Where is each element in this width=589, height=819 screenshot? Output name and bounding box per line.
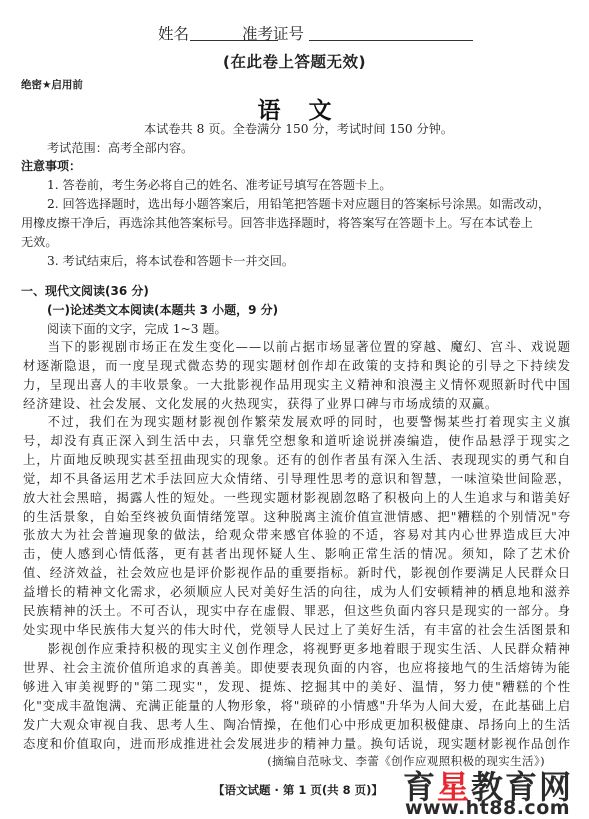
passage-paragraph-2: 不过，我们在为现实题材影视创作繁荣发展欢呼的同时，也要警惕某些打着现实主义旗号，…: [23, 413, 571, 640]
candidate-info-line: 姓名 准考证号: [0, 22, 589, 44]
section-heading: 一、现代文阅读(36 分): [21, 283, 149, 299]
reading-instruction: 阅读下面的文字，完成 1~3 题。: [47, 321, 227, 337]
note-item-1: 1. 答卷前，考生务必将自己的姓名、准考证号填写在答题卡上。: [47, 177, 392, 193]
exam-id-blank: [309, 40, 473, 41]
exam-page: 姓名 准考证号 (在此卷上答题无效) 绝密★启用前 语文 本试卷共 8 页。全卷…: [0, 0, 589, 819]
passage-paragraph-3: 影视创作应秉持积极的现实主义创作理念，将视野更多地着眼于现实生活、人民群众精神世…: [23, 640, 571, 754]
notes-heading: 注意事项：: [21, 158, 81, 174]
passage-citation: (摘编自范咏戈、李蕾《创作应观照积极的现实生活》): [267, 753, 545, 769]
pages-info: 本试卷共 8 页。全卷满分 150 分，考试时间 150 分钟。: [144, 121, 453, 137]
exam-scope: 考试范围：高考全部内容。: [47, 140, 193, 156]
passage-paragraph-1: 当下的影视剧市场正在发生变化——以前占据市场显著位置的穿越、魔幻、宫斗、戏说题材…: [23, 338, 571, 414]
watermark-url: www.ht88.com: [405, 797, 570, 819]
confidential-label: 绝密★启用前: [21, 77, 83, 92]
site-watermark: 育星教育网 www.ht88.com: [403, 775, 589, 819]
exam-id-label: 准考证号: [242, 22, 304, 44]
note-item-2-end: 无效。: [21, 234, 58, 250]
note-item-3: 3. 考试结束后，将本试卷和答题卡一并交回。: [47, 253, 294, 269]
name-label: 姓名: [158, 22, 189, 44]
note-item-2: 2. 回答选择题时，选出每小题答案后，用铅笔把答题卡对应题目的答案标号涂黑。如需…: [47, 196, 550, 212]
page-footer: 【语文试题 · 第 1 页(共 8 页)】: [213, 782, 383, 798]
section-subheading: (一)论述类文本阅读(本题共 3 小题，9 分): [47, 302, 278, 318]
invalid-answer-note: (在此卷上答题无效): [0, 50, 589, 72]
note-item-2-cont: 用橡皮擦干净后，再选涂其他答案标号。回答非选择题时，将答案写在答题卡上。写在本试…: [21, 215, 533, 231]
